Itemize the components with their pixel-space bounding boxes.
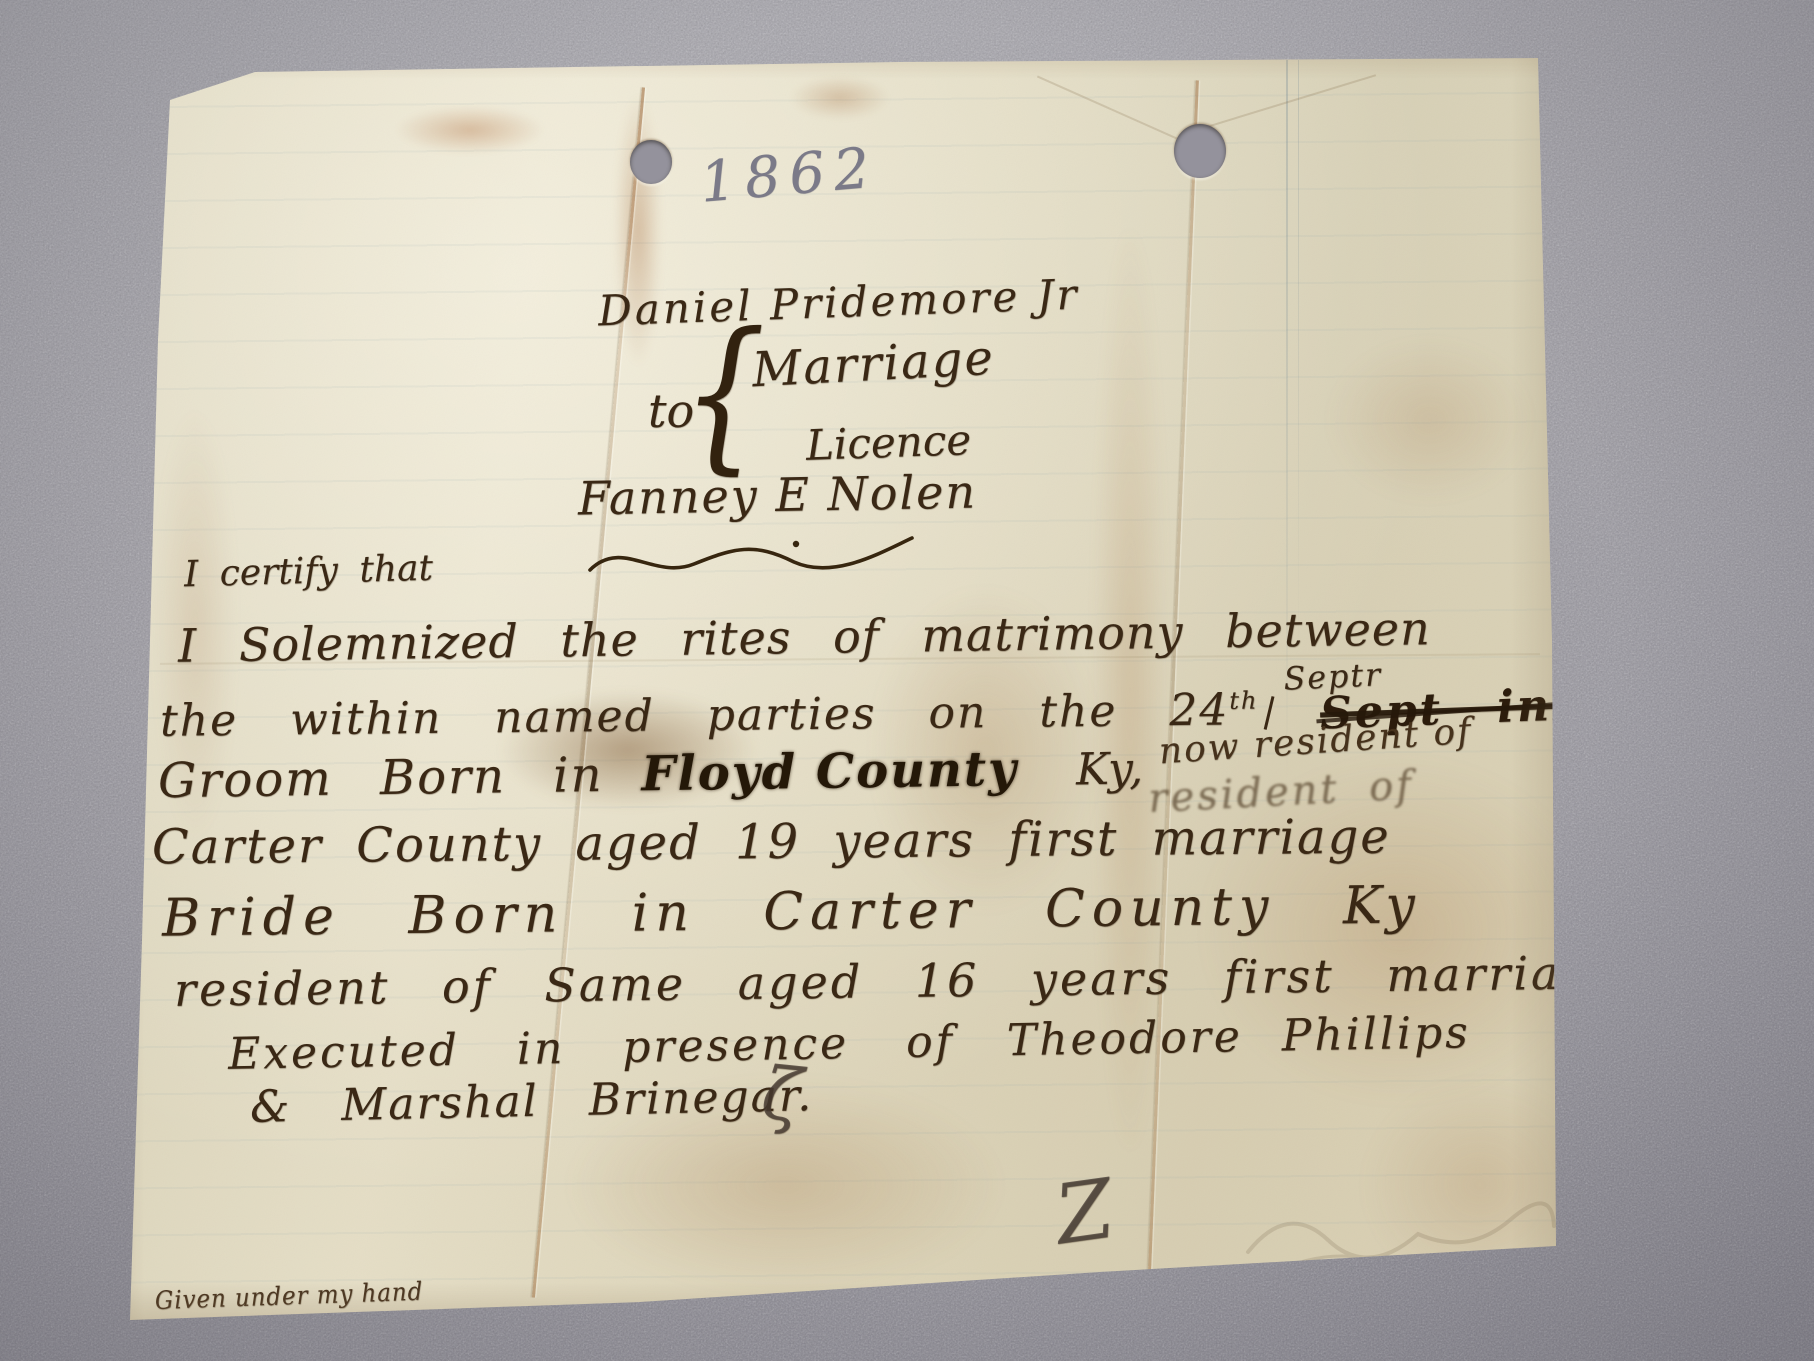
witness-line-2: & Marshal Brinegar. (250, 1074, 814, 1130)
pencil-flourish-mark: ζ (758, 1056, 804, 1132)
caption-doc-type-line2: Licence (805, 419, 972, 467)
punch-hole-right (1174, 124, 1226, 178)
signature-flourish (582, 532, 922, 592)
punch-hole-left (630, 140, 672, 184)
caption-doc-type-line1: Marriage (751, 334, 996, 395)
groom-county: Floyd County (641, 741, 1018, 802)
document-paper: 1862 Daniel Pridemore Jr to { Marriage L… (100, 40, 1570, 1335)
photo-scene: 1862 Daniel Pridemore Jr to { Marriage L… (0, 0, 1814, 1361)
year-pencil-annotation: 1862 (698, 140, 881, 211)
certify-line: I certify that (184, 551, 434, 594)
pencil-z-mark: Z (1051, 1168, 1119, 1257)
groom-residence-line: Carter County aged 19 years first marria… (152, 813, 1391, 872)
caption-bride-name: Fanney E Nolen (578, 469, 978, 522)
parties-ordinal: th (1229, 687, 1259, 715)
bride-line: Bride Born in Carter County Ky (162, 879, 1422, 944)
groom-line-text: Groom Born in (158, 747, 604, 809)
groom-state: Ky, (1076, 743, 1146, 795)
witness-name: Theodore Phillips (1006, 1007, 1471, 1066)
